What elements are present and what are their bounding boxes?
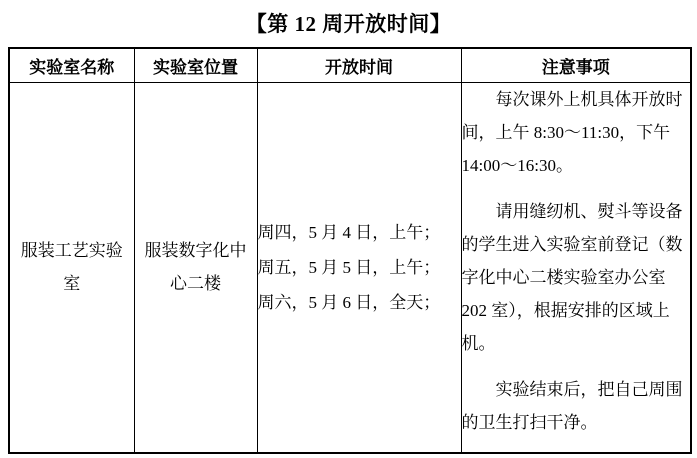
document-page: 【第 12 周开放时间】 实验室名称 实验室位置 开放时间 注意事项 服装工艺实… — [0, 0, 697, 458]
header-opening-time: 开放时间 — [257, 48, 461, 82]
lab-location-cell: 服装数字化中 心二楼 — [134, 82, 257, 453]
lab-location-line-2: 心二楼 — [135, 267, 257, 300]
header-lab-name: 实验室名称 — [9, 48, 134, 82]
lab-location-line-1: 服装数字化中 — [135, 234, 257, 267]
opening-time-cell: 周四，5 月 4 日，上午； 周五，5 月 5 日，上午； 周六，5 月 6 日… — [257, 82, 461, 453]
schedule-line-friday: 周五，5 月 5 日，上午； — [258, 250, 461, 285]
lab-name-line-2: 室 — [10, 267, 134, 300]
schedule-line-thursday: 周四，5 月 4 日，上午； — [258, 215, 461, 250]
header-notes: 注意事项 — [461, 48, 691, 82]
header-lab-location: 实验室位置 — [134, 48, 257, 82]
notes-paragraph-cleanup: 实验结束后，把自己周围的卫生打扫干净。 — [462, 373, 691, 439]
table-row: 服装工艺实验 室 服装数字化中 心二楼 周四，5 月 4 日，上午； 周五，5 … — [9, 82, 691, 453]
lab-name-cell: 服装工艺实验 室 — [9, 82, 134, 453]
schedule-table: 实验室名称 实验室位置 开放时间 注意事项 服装工艺实验 室 服装数字化中 心二… — [8, 47, 692, 454]
notes-cell: 每次课外上机具体开放时间，上午 8:30～11:30，下午 14:00～16:3… — [461, 82, 691, 453]
notes-paragraph-registration: 请用缝纫机、熨斗等设备的学生进入实验室前登记（数字化中心二楼实验室办公室 202… — [462, 195, 691, 360]
notes-paragraph-opening-hours: 每次课外上机具体开放时间，上午 8:30～11:30，下午 14:00～16:3… — [462, 83, 691, 182]
page-title: 【第 12 周开放时间】 — [0, 8, 697, 38]
schedule-line-saturday: 周六，5 月 6 日，全天； — [258, 285, 461, 320]
header-row: 实验室名称 实验室位置 开放时间 注意事项 — [9, 48, 691, 82]
lab-name-line-1: 服装工艺实验 — [10, 234, 134, 267]
